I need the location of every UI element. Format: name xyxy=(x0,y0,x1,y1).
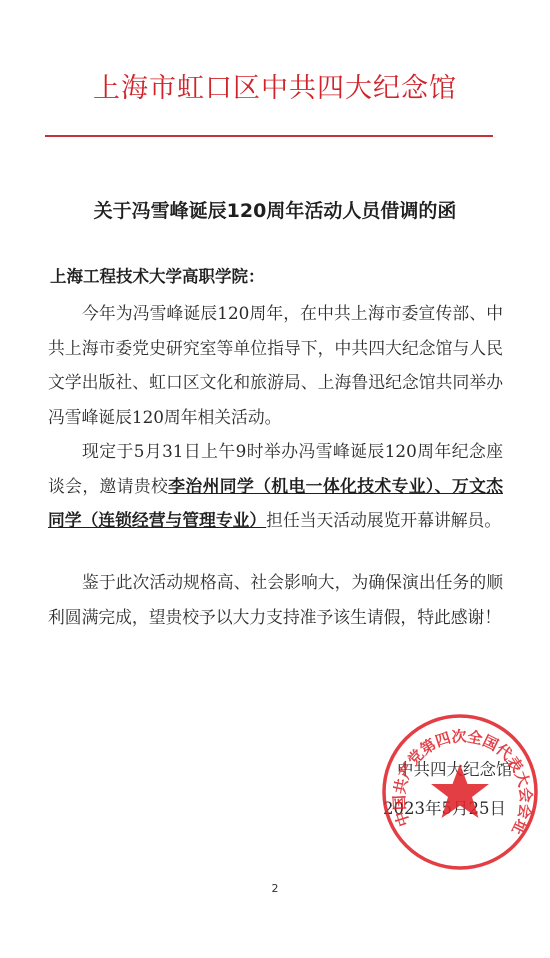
document-title: 关于冯雪峰诞辰120周年活动人员借调的函 xyxy=(0,196,550,223)
paragraph-2-after: 担任当天活动展览开幕讲解员。 xyxy=(266,510,501,530)
letterhead-title: 上海市虹口区中共四大纪念馆 xyxy=(0,66,550,105)
letterhead-divider xyxy=(45,135,493,137)
paragraph-3: 鉴于此次活动规格高、社会影响大，为确保演出任务的顺利圆满完成，望贵校予以大力支持… xyxy=(48,565,503,634)
page-number: 2 xyxy=(0,882,550,895)
paragraph-3-text: 鉴于此次活动规格高、社会影响大，为确保演出任务的顺利圆满完成，望贵校予以大力支持… xyxy=(48,565,503,634)
paragraph-1: 今年为冯雪峰诞辰120周年，在中共上海市委宣传部、中共上海市委党史研究室等单位指… xyxy=(48,296,503,434)
official-seal: 中国共产党第四次全国代表大会会址纪念馆 xyxy=(380,712,540,872)
star-icon xyxy=(431,764,489,818)
paragraph-1-text: 今年为冯雪峰诞辰120周年，在中共上海市委宣传部、中共上海市委党史研究室等单位指… xyxy=(48,296,503,434)
salutation: 上海工程技术大学高职学院： xyxy=(50,263,265,287)
paragraph-2: 现定于5月31日上午9时举办冯雪峰诞辰120周年纪念座谈会，邀请贵校李治州同学（… xyxy=(48,434,503,538)
